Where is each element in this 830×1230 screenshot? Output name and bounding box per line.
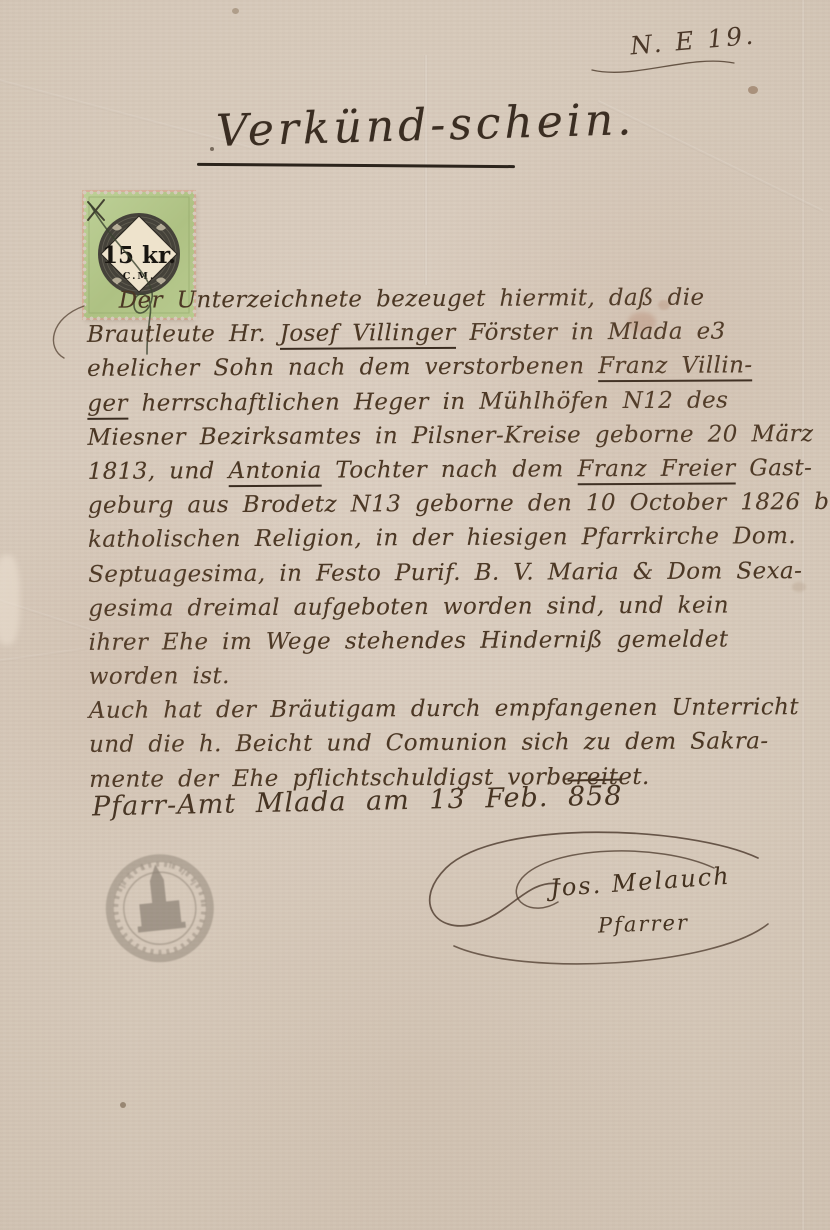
underlined-name: Franz Freier [577, 455, 735, 485]
text-line: worden ist. [89, 656, 795, 694]
pen-flourish [586, 50, 741, 82]
text-line: katholischen Religion, in der hiesigen P… [88, 519, 794, 557]
underlined-name: Antonia [228, 458, 321, 487]
body-text: Der Unterzeichnete bezeuget hiermit, daß… [87, 280, 796, 797]
text-line: ger herrschaftlichen Heger in Mühlhöfen … [87, 383, 793, 421]
text-line: Miesner Bezirksamtes in Pilsner-Kreise g… [87, 417, 793, 455]
signature-block: Jos. Melauch Pfarrer [402, 828, 792, 983]
foxing-spot [232, 8, 239, 14]
underlined-name: Franz Villin- [598, 353, 752, 383]
foxing-spot [120, 1102, 126, 1108]
text-line: Auch hat der Bräutigam durch empfangenen… [89, 690, 795, 728]
text-line: Brautleute Hr. Josef Villinger Förster i… [87, 314, 793, 352]
text-line: ehelicher Sohn nach dem verstorbenen Fra… [87, 349, 793, 387]
text-line: Septuagesima, in Festo Purif. B. V. Mari… [88, 554, 794, 592]
document-title: Verkünd-schein. [215, 94, 635, 157]
text-line: und die h. Beicht und Comunion sich zu d… [89, 725, 795, 763]
signature-flourish [402, 828, 792, 983]
pen-flourish [44, 300, 90, 370]
text-line: 1813, und Antonia Tochter nach dem Franz… [88, 451, 794, 489]
stamp-value: 15 kr. [102, 242, 176, 269]
text-line: ihrer Ehe im Wege stehendes Hinderniß ge… [88, 622, 794, 660]
paper-crease [0, 647, 85, 662]
worn-edge-patch [0, 555, 20, 645]
stamp-currency: C.M. [123, 271, 156, 282]
underlined-name: ger [87, 390, 128, 419]
paper-crease [424, 55, 428, 285]
church-emblem [131, 862, 186, 933]
signature-role: Pfarrer [598, 910, 690, 937]
paper-crease [0, 78, 251, 149]
text-line: geburg aus Brodetz N13 geborne den 10 Oc… [88, 485, 794, 523]
paper-crease [801, 0, 805, 1230]
text-line: Der Unterzeichnete bezeuget hiermit, daß… [87, 280, 793, 318]
foxing-spot [748, 86, 758, 94]
underlined-name: Josef Villinger [280, 320, 456, 350]
parish-seal [90, 843, 234, 976]
scanned-document-page: N. E 19. Verkünd-schein. 15 kr. [0, 0, 830, 1230]
year: 858 [568, 780, 623, 812]
text-line: gesima dreimal aufgeboten worden sind, u… [88, 588, 794, 626]
foxing-spot [210, 147, 214, 151]
title-underline [197, 163, 515, 168]
